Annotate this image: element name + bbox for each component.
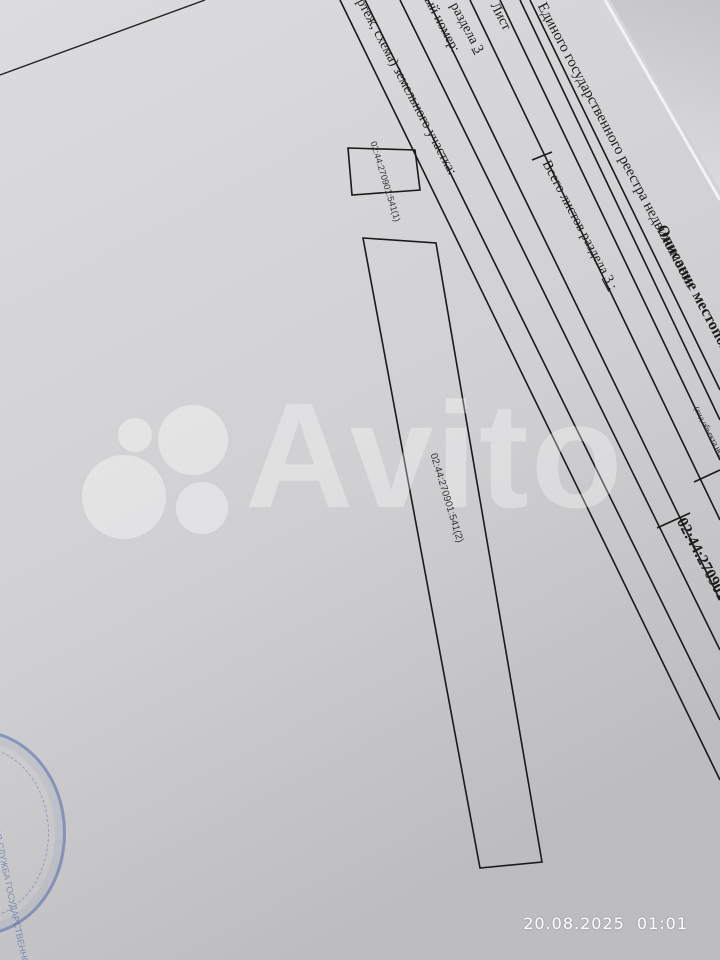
- camera-timestamp: 20.08.2025 01:01: [523, 914, 688, 933]
